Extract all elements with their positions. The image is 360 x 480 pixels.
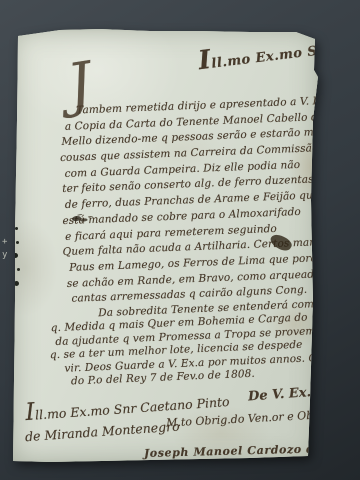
letter-body-paragraph-1: Tambem remetida dirijo e apresentado a V… (62, 93, 352, 308)
salutation: Ill.mo Ex.mo Snr (197, 30, 336, 76)
edge-dirt-specks (15, 227, 18, 230)
letter-paper: Ill.mo Ex.mo Snr J Tambem remetida dirij… (10, 27, 320, 464)
manuscript-photo: +y Ill.mo Ex.mo Snr J Tambem remetida di… (0, 0, 360, 480)
addressee-block: Ill.mo Ex.mo Snr Caetano Pinto de Mirand… (25, 388, 232, 447)
letter-body-paragraph-2: Da sobredita Tenente se entenderá com V.… (56, 297, 357, 390)
signature: Joseph Manoel Cardozo da Cunha (144, 441, 360, 460)
paper-shadow-wrap: Ill.mo Ex.mo Snr J Tambem remetida dirij… (0, 0, 360, 480)
photo-root: { "photo": { "background_color": "#333a4… (0, 0, 360, 480)
valediction: De V. Ex.a (248, 385, 320, 405)
